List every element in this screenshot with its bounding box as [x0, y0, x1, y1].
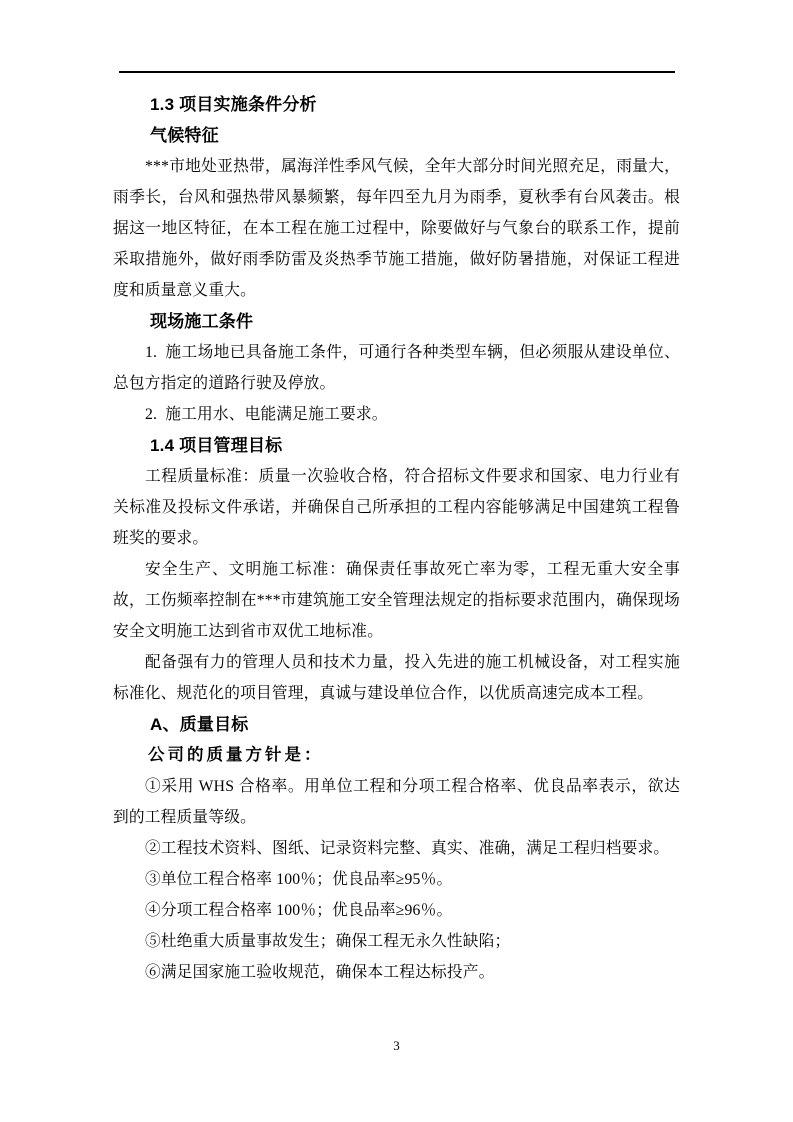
- paragraph-safety-standard: 安全生产、文明施工标准：确保责任事故死亡率为零，工程无重大安全事故，工伤频率控制…: [113, 554, 680, 647]
- subheading-site-conditions: 现场施工条件: [113, 306, 680, 337]
- policy-item-2: ②工程技术资料、图纸、记录资料完整、真实、准确，满足工程归档要求。: [113, 833, 680, 864]
- list-item-2: 2. 施工用水、电能满足施工要求。: [113, 399, 680, 430]
- document-page: 1.3 项目实施条件分析 气候特征 ***市地处亚热带，属海洋性季风气候，全年大…: [0, 0, 793, 1122]
- policy-item-1: ①采用 WHS 合格率。用单位工程和分项工程合格率、优良品率表示，欲达到的工程质…: [113, 771, 680, 833]
- subheading-climate: 气候特征: [113, 120, 680, 151]
- policy-item-5: ⑤杜绝重大质量事故发生；确保工程无永久性缺陷；: [113, 926, 680, 957]
- section-heading-1-3: 1.3 项目实施条件分析: [113, 89, 680, 120]
- paragraph-quality-standard: 工程质量标准：质量一次验收合格，符合招标文件要求和国家、电力行业有关标准及投标文…: [113, 461, 680, 554]
- subheading-quality-policy: 公司的质量方针是：: [113, 740, 680, 771]
- subheading-quality-goal: A、质量目标: [113, 709, 680, 740]
- header-rule: [119, 71, 675, 73]
- paragraph-climate: ***市地处亚热带，属海洋性季风气候，全年大部分时间光照充足，雨量大，雨季长，台…: [113, 151, 680, 306]
- list-item-1: 1. 施工场地已具备施工条件，可通行各种类型车辆，但必须服从建设单位、总包方指定…: [113, 337, 680, 399]
- section-heading-1-4: 1.4 项目管理目标: [113, 430, 680, 461]
- policy-item-3: ③单位工程合格率 100％；优良品率≥95％。: [113, 864, 680, 895]
- document-body: 1.3 项目实施条件分析 气候特征 ***市地处亚热带，属海洋性季风气候，全年大…: [113, 89, 680, 988]
- paragraph-management: 配备强有力的管理人员和技术力量，投入先进的施工机械设备，对工程实施标准化、规范化…: [113, 647, 680, 709]
- policy-item-6: ⑥满足国家施工验收规范，确保本工程达标投产。: [113, 957, 680, 988]
- page-number: 3: [0, 1036, 793, 1056]
- policy-item-4: ④分项工程合格率 100％；优良品率≥96％。: [113, 895, 680, 926]
